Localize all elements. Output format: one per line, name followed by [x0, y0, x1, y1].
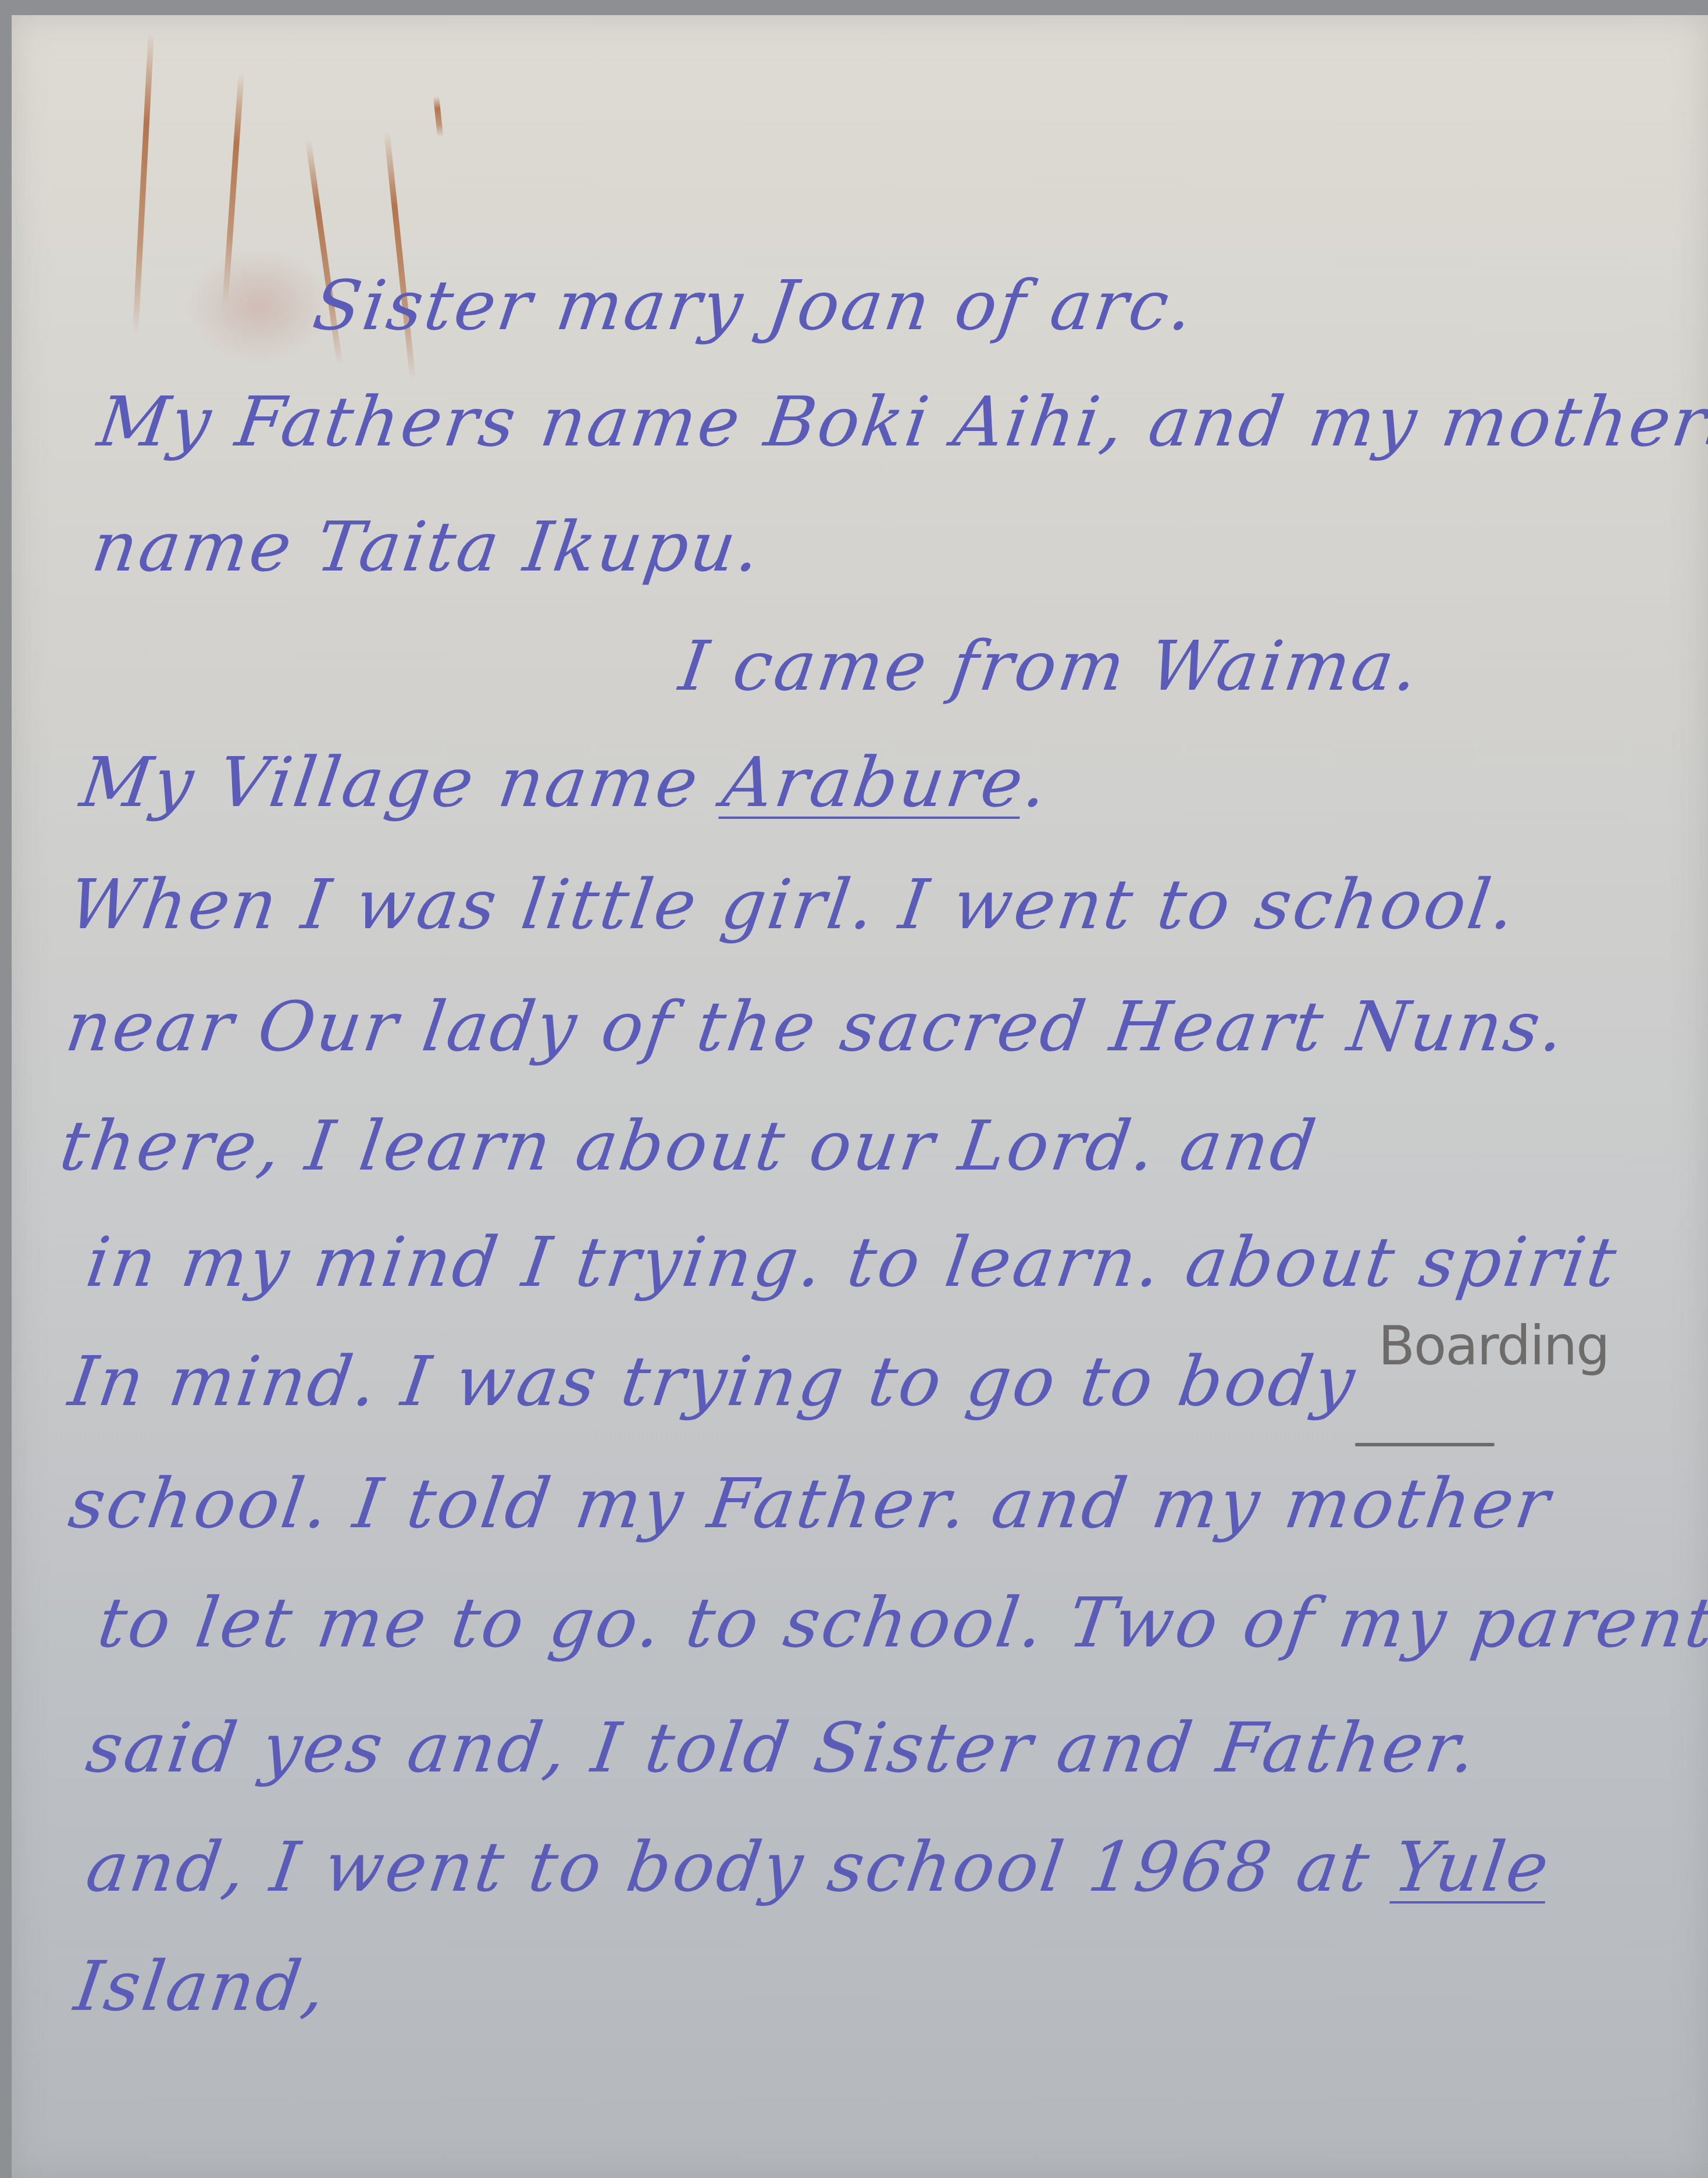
letter-line: to let me to go. to school. Two of my pa… — [94, 1588, 1708, 1657]
island-name: Yule — [1389, 1827, 1556, 1907]
letter-line: In mind. I was trying to go to body — [65, 1347, 1361, 1416]
village-name: Arabure — [718, 742, 1030, 822]
pencil-underline — [1355, 1443, 1495, 1446]
line-text: and, I went to body school 1968 at — [81, 1827, 1400, 1907]
letter-line: Island, — [71, 1952, 332, 2020]
rust-stain — [433, 96, 443, 137]
letter-line: I came from Waima. — [676, 632, 1425, 700]
letter-paper: Sister mary Joan of arc. My Fathers name… — [12, 15, 1708, 2178]
rust-stain — [133, 33, 154, 335]
letter-line: and, I went to body school 1968 at Yule — [83, 1833, 1555, 1901]
letter-line: near Our lady of the sacred Heart Nuns. — [62, 992, 1571, 1061]
village-label: My Village name — [76, 742, 729, 822]
pencil-correction: Boarding — [1378, 1315, 1609, 1377]
letter-line: My Fathers name Boki Aihi, and my mother… — [94, 387, 1708, 456]
letter-line: When I was little girl. I went to school… — [65, 870, 1521, 939]
letter-line: in my mind I trying. to learn. about spi… — [83, 1228, 1623, 1296]
letter-line: said yes and, I told Sister and Father. — [83, 1713, 1482, 1782]
letter-line: school. I told my Father. and my mother — [65, 1469, 1556, 1538]
letter-line: name Taita Ikupu. — [88, 512, 766, 581]
stain-blush — [186, 248, 331, 364]
salutation: Sister mary Joan of arc. — [309, 271, 1199, 340]
letter-line: there, I learn about our Lord. and — [56, 1111, 1322, 1180]
letter-line: My Village name Arabure. — [77, 748, 1054, 817]
